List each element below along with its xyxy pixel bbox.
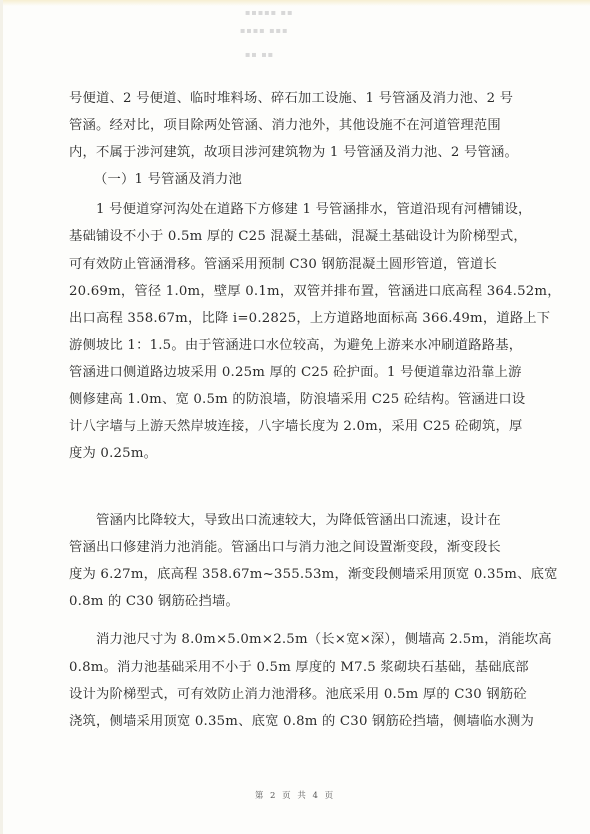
paragraph-line: 计八字墙与上游天然岸坡连接，八字墙长度为 2.0m，采用 C25 砼砌筑，厚: [69, 419, 529, 435]
paragraph-line: 度为 0.25m。: [69, 446, 529, 462]
paragraph-line: 1 号便道穿河沟处在道路下方修建 1 号管涵排水，管道沿现有河槽铺设，: [96, 202, 556, 218]
section-heading: （一）1 号管涵及消力池: [94, 172, 554, 188]
paragraph-line: 管涵出口修建消力池消能。管涵出口与消力池之间设置渐变段，渐变段长: [69, 540, 529, 556]
paragraph-line: 管涵。经对比，项目除两处管涵、消力池外，其他设施不在河道管理范围: [69, 118, 529, 134]
paragraph-line: 0.8m 的 C30 钢筋砼挡墙。: [69, 594, 529, 610]
paragraph-line: 0.8m。消力池基础采用不小于 0.5m 厚度的 M7.5 浆砌块石基础，基础底…: [69, 660, 529, 676]
page-number: 第 2 页 共 4 页: [0, 789, 590, 801]
scan-left-edge: [0, 0, 3, 834]
paragraph-line: 度为 6.27m，底高程 358.67m~355.53m，渐变段侧墙采用顶宽 0…: [69, 567, 529, 583]
paragraph-line: 20.69m，管径 1.0m，壁厚 0.1m，双管并排布置，管涵进口底高程 36…: [69, 284, 529, 300]
paragraph-line: 游侧坡比 1：1.5。由于管涵进口水位较高，为避免上游来水冲刷道路路基，: [69, 338, 529, 354]
paragraph-line: 侧修建高 1.0m、宽 0.5m 的防浪墙，防浪墙采用 C25 砼结构。管涵进口…: [69, 392, 529, 408]
paragraph-line: 消力池尺寸为 8.0m×5.0m×2.5m（长×宽×深），侧墙高 2.5m，消能…: [96, 632, 556, 648]
scan-top-band: [0, 0, 590, 6]
paragraph-line: 浇筑，侧墙采用顶宽 0.35m、底宽 0.8m 的 C30 钢筋砼挡墙，侧墙临水…: [69, 714, 529, 730]
bleed-through-mark: ▪▪▪▪▪ ▪▪: [245, 8, 294, 17]
paragraph-line: 出口高程 358.67m，比降 i=0.2825，上方道路地面标高 366.49…: [69, 311, 529, 327]
paragraph-line: 内，不属于涉河建筑，故项目涉河建筑物为 1 号管涵及消力池、2 号管涵。: [69, 145, 529, 161]
paragraph-line: 可有效防止管涵滑移。管涵采用预制 C30 钢筋混凝土圆形管道，管道长: [69, 257, 529, 273]
paragraph-line: 管涵内比降较大，导致出口流速较大，为降低管涵出口流速，设计在: [96, 513, 556, 529]
paragraph-line: 号便道、2 号便道、临时堆料场、碎石加工设施、1 号管涵及消力池、2 号: [69, 91, 529, 107]
paragraph-line: 设计为阶梯型式，可有效防止消力池滑移。池底采用 0.5m 厚的 C30 钢筋砼: [69, 687, 529, 703]
bleed-through-mark: ▪▪ ▪▪: [245, 50, 274, 59]
bleed-through-mark: ▪▪▪▪ ▪▪▪: [240, 26, 289, 35]
paragraph-line: 基础铺设不小于 0.5m 厚的 C25 混凝土基础，混凝土基础设计为阶梯型式，: [69, 229, 529, 245]
paragraph-line: 管涵进口侧道路边坡采用 0.25m 厚的 C25 砼护面。1 号便道靠边沿靠上游: [69, 365, 529, 381]
